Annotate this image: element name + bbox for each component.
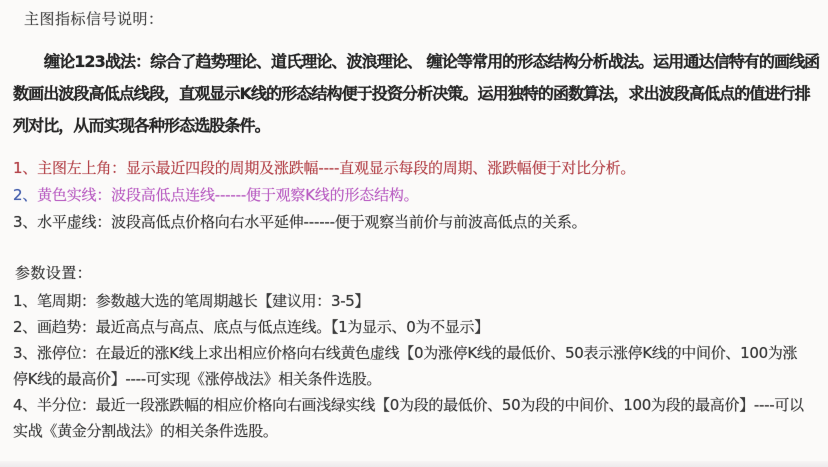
intro-line: 缠论123战法：综合了趋势理论、道氏理论、波浪理论、 缠论等常用的形态结构分析战…: [13, 46, 819, 78]
signal-item-1: 1、主图左上角：显示最近四段的周期及涨跌幅----直观显示每段的周期、涨跌幅便于…: [13, 155, 635, 182]
signal-item-number: 3、: [13, 213, 37, 231]
param-item-2: 2、画趋势：最近高点与高点、底点与低点连线。【1为显示、0为不显示】: [13, 314, 804, 340]
signal-item-text: 水平虚线：波段高低点价格向右水平延伸------便于观察当前价与前波高低点的关系…: [37, 213, 586, 231]
intro-line: 数画出波段高低点线段，直观显示K线的形态结构便于投资分析决策。运用独特的函数算法…: [13, 78, 819, 110]
page-title: 主图指标信号说明：: [24, 8, 164, 29]
signal-item-number: 2、: [13, 186, 37, 204]
signal-list: 1、主图左上角：显示最近四段的周期及涨跌幅----直观显示每段的周期、涨跌幅便于…: [13, 155, 635, 236]
signal-item-text: 主图左上角：显示最近四段的周期及涨跌幅----直观显示每段的周期、涨跌幅便于对比…: [37, 159, 635, 177]
intro-line: 列对比，从而实现各种形态选股条件。: [13, 110, 819, 142]
page-bottom-edge: [0, 461, 828, 467]
signal-item-number: 1、: [13, 159, 37, 177]
param-item-3-line-1: 3、涨停位：在最近的涨K线上求出相应价格向右线黄色虚线【0为涨停K线的最低价、5…: [13, 340, 804, 366]
document-page: 主图指标信号说明： 缠论123战法：综合了趋势理论、道氏理论、波浪理论、 缠论等…: [0, 0, 828, 467]
param-item-4-line-2: 实战《黄金分割战法》的相关条件选股。: [13, 418, 804, 444]
signal-item-2: 2、黄色实线：波段高低点连线------便于观察K线的形态结构。: [13, 182, 635, 209]
params-section-title: 参数设置：: [15, 262, 92, 283]
signal-item-3: 3、水平虚线：波段高低点价格向右水平延伸------便于观察当前价与前波高低点的…: [13, 209, 635, 236]
signal-item-text: 黄色实线：波段高低点连线------便于观察K线的形态结构。: [37, 186, 418, 204]
param-item-3-line-2: 停K线的最高价】----可实现《涨停战法》相关条件选股。: [13, 366, 804, 392]
param-item-4-line-1: 4、半分位：最近一段涨跌幅的相应价格向右画浅绿实线【0为段的最低价、50为段的中…: [13, 392, 804, 418]
params-list: 1、笔周期：参数越大选的笔周期越长【建议用：3-5】 2、画趋势：最近高点与高点…: [13, 288, 804, 444]
intro-paragraph: 缠论123战法：综合了趋势理论、道氏理论、波浪理论、 缠论等常用的形态结构分析战…: [13, 46, 819, 142]
param-item-1: 1、笔周期：参数越大选的笔周期越长【建议用：3-5】: [13, 288, 804, 314]
